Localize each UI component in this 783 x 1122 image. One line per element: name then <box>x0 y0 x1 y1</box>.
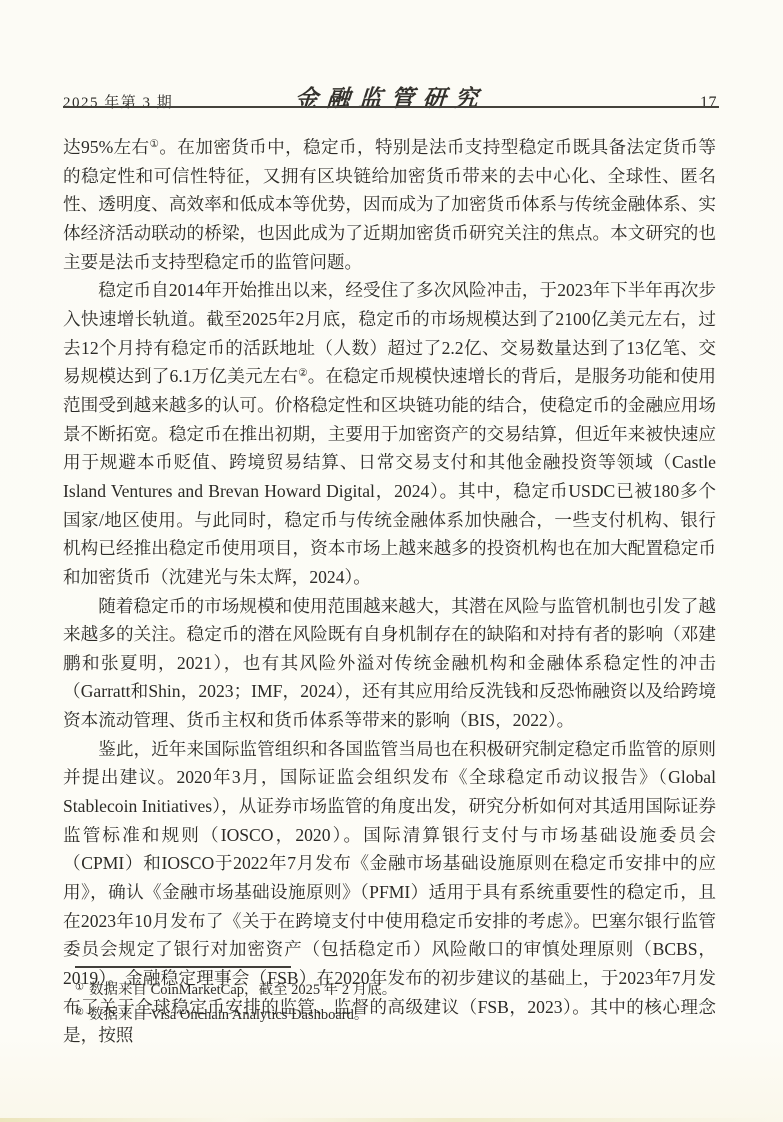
paragraph-1: 达95%左右①。在加密货币中，稳定币，特别是法币支持型稳定币既具备法定货币等的稳… <box>63 133 716 276</box>
footnote-2: ②数据来自 Visa Onchain Analytics Dashboard。 <box>63 1003 716 1028</box>
paragraph-text: 。在加密货币中，稳定币，特别是法币支持型稳定币既具备法定货币等的稳定性和可信性特… <box>63 137 716 272</box>
article-body: 达95%左右①。在加密货币中，稳定币，特别是法币支持型稳定币既具备法定货币等的稳… <box>63 133 716 1050</box>
paragraph-2: 稳定币自2014年开始推出以来，经受住了多次风险冲击，于2023年下半年再次步入… <box>63 276 716 591</box>
document-page: 2025 年第 3 期 金融监管研究 17 达95%左右①。在加密货币中，稳定币… <box>0 0 783 1122</box>
scan-edge-artifact <box>0 1118 783 1122</box>
footnote-marker-2: ② <box>75 1007 84 1018</box>
footnote-ref-2: ② <box>298 368 308 379</box>
footnote-marker-1: ① <box>75 982 84 993</box>
footnotes-section: ①数据来自 CoinMarketCap，截至 2025 年 2 月底。 ②数据来… <box>63 956 716 1028</box>
paragraph-3: 随着稳定币的市场规模和使用范围越来越大，其潜在风险与监管机制也引发了越来越多的关… <box>63 592 716 735</box>
page-header: 2025 年第 3 期 金融监管研究 17 <box>63 80 719 106</box>
footnote-text: 数据来自 CoinMarketCap，截至 2025 年 2 月底。 <box>89 982 396 998</box>
footnote-text: 数据来自 Visa Onchain Analytics Dashboard。 <box>89 1007 368 1023</box>
paragraph-text: 达95%左右 <box>63 137 150 157</box>
paragraph-text: 。在稳定币规模快速增长的背后，是服务功能和使用范围受到越来越多的认可。价格稳定性… <box>63 366 716 587</box>
footnote-ref-1: ① <box>150 139 160 150</box>
header-rule <box>63 106 719 108</box>
paragraph-text: 随着稳定币的市场规模和使用范围越来越大，其潜在风险与监管机制也引发了越来越多的关… <box>63 596 716 731</box>
footnote-separator <box>75 966 291 968</box>
footnote-1: ①数据来自 CoinMarketCap，截至 2025 年 2 月底。 <box>63 978 716 1003</box>
issue-label: 2025 年第 3 期 <box>63 91 173 113</box>
page-number: 17 <box>700 94 719 113</box>
journal-title: 金融监管研究 <box>294 80 488 113</box>
